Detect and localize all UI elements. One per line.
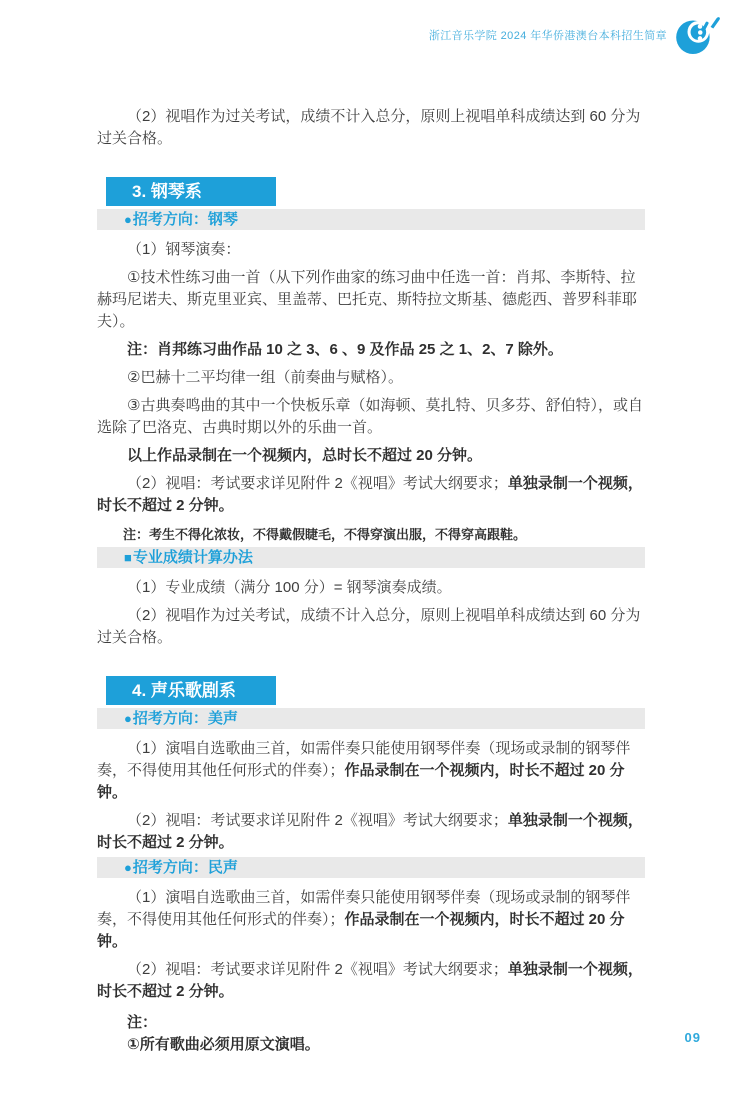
paragraph-video-length-note: 以上作品录制在一个视频内，总时长不超过 20 分钟。 (97, 445, 645, 467)
direction-label-piano: 招考方向：钢琴 (133, 209, 238, 231)
content-column: （2）视唱作为过关考试，成绩不计入总分，原则上视唱单科成绩达到 60 分为过关合… (97, 0, 645, 1056)
document-page: 浙江音乐学院 2024 年华侨港澳台本科招生简章 （2）视唱作为过关考试，成绩不… (0, 0, 748, 1102)
paragraph-notes-label: 注： (97, 1012, 645, 1034)
french-horn-logo-icon (674, 16, 720, 54)
paragraph-bach-requirement: ②巴赫十二平均律一组（前奏曲与赋格）。 (97, 367, 645, 389)
paragraph-piano-performance-heading: （1）钢琴演奏： (97, 239, 645, 261)
circle-bullet-icon: ● (124, 861, 132, 874)
score-calculation-label: 专业成绩计算办法 (133, 547, 253, 569)
paragraph-sonata-requirement: ③古典奏鸣曲的其中一个快板乐章（如海顿、莫扎特、贝多芬、舒伯特），或自选除了巴洛… (97, 395, 645, 439)
square-bullet-icon: ■ (124, 551, 132, 564)
text-run: （2）视唱：考试要求详见附件 2《视唱》考试大纲要求； (127, 475, 508, 492)
paragraph-folk-sight-singing: （2）视唱：考试要求详见附件 2《视唱》考试大纲要求；单独录制一个视频，时长不超… (97, 959, 645, 1003)
text-run: （2）视唱：考试要求详见附件 2《视唱》考试大纲要求； (127, 812, 508, 829)
direction-bar-bel-canto: ●招考方向：美声 (97, 708, 645, 729)
direction-bar-piano: ●招考方向：钢琴 (97, 209, 645, 230)
paragraph-score-formula: （1）专业成绩（满分 100 分）= 钢琴演奏成绩。 (97, 577, 645, 599)
paragraph-sight-singing-pass-rule: （2）视唱作为过关考试，成绩不计入总分，原则上视唱单科成绩达到 60 分为过关合… (97, 106, 645, 150)
direction-label-bel-canto: 招考方向：美声 (133, 708, 238, 730)
direction-bar-folk-vocal: ●招考方向：民声 (97, 857, 645, 878)
text-run: （2）视唱：考试要求详见附件 2《视唱》考试大纲要求； (127, 961, 508, 978)
section-title-vocal-opera: 4. 声乐歌剧系 (106, 676, 276, 705)
direction-label-folk-vocal: 招考方向：民声 (133, 857, 238, 879)
paragraph-folk-songs: （1）演唱自选歌曲三首，如需伴奏只能使用钢琴伴奏（现场或录制的钢琴伴奏，不得使用… (97, 887, 645, 953)
score-calculation-bar-piano: ■专业成绩计算办法 (97, 547, 645, 568)
paragraph-bel-canto-sight-singing: （2）视唱：考试要求详见附件 2《视唱》考试大纲要求；单独录制一个视频，时长不超… (97, 810, 645, 854)
paragraph-bel-canto-songs: （1）演唱自选歌曲三首，如需伴奏只能使用钢琴伴奏（现场或录制的钢琴伴奏，不得使用… (97, 738, 645, 804)
paragraph-original-language-note: ①所有歌曲必须用原文演唱。 (97, 1034, 645, 1056)
page-number: 09 (685, 1030, 701, 1045)
circle-bullet-icon: ● (124, 712, 132, 725)
paragraph-appearance-note: 注：考生不得化浓妆，不得戴假睫毛，不得穿演出服，不得穿高跟鞋。 (97, 525, 645, 544)
section-title-piano: 3. 钢琴系 (106, 177, 276, 206)
paragraph-piano-pass-rule: （2）视唱作为过关考试，成绩不计入总分，原则上视唱单科成绩达到 60 分为过关合… (97, 605, 645, 649)
circle-bullet-icon: ● (124, 213, 132, 226)
paragraph-piano-sight-singing: （2）视唱：考试要求详见附件 2《视唱》考试大纲要求；单独录制一个视频，时长不超… (97, 473, 645, 517)
paragraph-etude-requirement: ①技术性练习曲一首（从下列作曲家的练习曲中任选一首：肖邦、李斯特、拉赫玛尼诺夫、… (97, 267, 645, 333)
paragraph-chopin-etude-note: 注：肖邦练习曲作品 10 之 3、6 、9 及作品 25 之 1、2、7 除外。 (97, 339, 645, 361)
